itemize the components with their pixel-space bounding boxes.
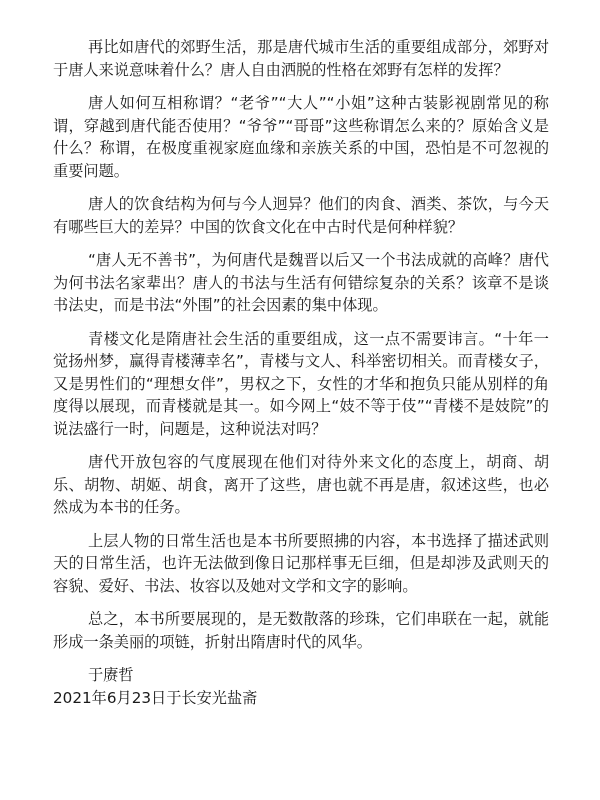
date-place-line: 2021年6月23日于长安光盐斋 — [53, 687, 549, 710]
paragraph-qinglou-culture: 青楼文化是隋唐社会生活的重要组成，这一点不需要讳言。“十年一觉扬州梦，赢得青楼薄… — [53, 328, 549, 441]
paragraph-suburban-life: 再比如唐代的郊野生活，那是唐代城市生活的重要组成部分，郊野对于唐人来说意味着什么… — [53, 36, 549, 81]
paragraph-conclusion: 总之，本书所要展现的，是无数散落的珍珠，它们串联在一起，就能形成一条美丽的项链，… — [53, 608, 549, 653]
paragraph-forms-of-address: 唐人如何互相称谓？“老爷”“大人”“小姐”这种古装影视剧常见的称谓，穿越到唐代能… — [53, 92, 549, 182]
author-signature: 于赓哲 — [53, 664, 549, 687]
paragraph-wu-zetian: 上层人物的日常生活也是本书所要照拂的内容，本书选择了描述武则天的日常生活，也许无… — [53, 530, 549, 598]
paragraph-diet: 唐人的饮食结构为何与今人迥异？他们的肉食、酒类、茶饮，与今天有哪些巨大的差异？中… — [53, 193, 549, 238]
paragraph-calligraphy: “唐人无不善书”，为何唐代是魏晋以后又一个书法成就的高峰？唐代为何书法名家辈出？… — [53, 249, 549, 317]
paragraph-foreign-culture: 唐代开放包容的气度展现在他们对待外来文化的态度上，胡商、胡乐、胡物、胡姬、胡食，… — [53, 451, 549, 519]
document-page: 再比如唐代的郊野生活，那是唐代城市生活的重要组成部分，郊野对于唐人来说意味着什么… — [53, 36, 549, 709]
